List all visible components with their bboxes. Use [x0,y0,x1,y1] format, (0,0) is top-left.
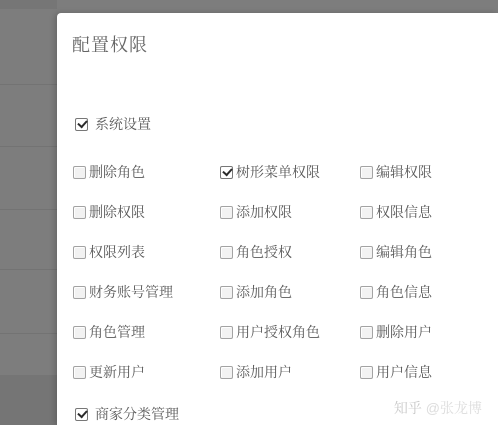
permission-label: 编辑角色 [376,242,432,262]
permission-label: 树形菜单权限 [236,162,320,182]
permission-checkbox[interactable] [360,166,373,179]
permissions-grid: 删除角色树形菜单权限编辑权限删除权限添加权限权限信息权限列表角色授权编辑角色财务… [73,152,490,392]
merchant-category-checkbox[interactable] [75,408,88,421]
permission-label: 用户信息 [376,362,432,382]
permission-item: 添加权限 [220,202,360,222]
permission-label: 权限列表 [89,242,145,262]
permission-checkbox[interactable] [220,286,233,299]
permission-label: 添加权限 [236,202,292,222]
permission-item: 角色授权 [220,242,360,262]
system-settings-row: 系统设置 [75,114,151,134]
permission-item: 财务账号管理 [73,282,220,302]
permission-checkbox[interactable] [73,206,86,219]
permission-item: 删除角色 [73,162,220,182]
watermark: 知乎 @张龙博 [394,398,482,418]
permission-checkbox[interactable] [220,206,233,219]
permission-item: 权限信息 [360,202,490,222]
permission-label: 删除用户 [376,322,432,342]
permission-label: 删除权限 [89,202,145,222]
permission-item: 编辑权限 [360,162,490,182]
watermark-site: 知乎 [394,400,422,416]
background-sidebar-divider [0,269,57,270]
permission-item: 用户信息 [360,362,490,382]
permission-label: 权限信息 [376,202,432,222]
permission-item: 编辑角色 [360,242,490,262]
permission-item: 更新用户 [73,362,220,382]
permission-label: 角色管理 [89,322,145,342]
permission-item: 删除用户 [360,322,490,342]
permission-item: 添加用户 [220,362,360,382]
merchant-category-row: 商家分类管理 [75,404,179,424]
permission-checkbox[interactable] [360,286,373,299]
permission-checkbox[interactable] [73,286,86,299]
permission-checkbox[interactable] [360,366,373,379]
configure-permissions-modal: 配置权限 系统设置 删除角色树形菜单权限编辑权限删除权限添加权限权限信息权限列表… [57,13,498,425]
permission-item: 树形菜单权限 [220,162,360,182]
permission-label: 财务账号管理 [89,282,173,302]
permission-label: 添加角色 [236,282,292,302]
background-sidebar-divider [0,209,57,210]
watermark-author: @张龙博 [426,400,482,416]
permission-checkbox[interactable] [360,206,373,219]
permission-checkbox[interactable] [220,246,233,259]
permission-checkbox[interactable] [360,326,373,339]
permission-checkbox[interactable] [73,166,86,179]
permission-item: 删除权限 [73,202,220,222]
permission-label: 用户授权角色 [236,322,320,342]
permission-label: 角色信息 [376,282,432,302]
permission-label: 编辑权限 [376,162,432,182]
permission-item: 添加角色 [220,282,360,302]
permission-label: 角色授权 [236,242,292,262]
permission-item: 角色管理 [73,322,220,342]
permission-checkbox[interactable] [73,326,86,339]
background-topbar [0,0,57,9]
permission-checkbox[interactable] [220,166,233,179]
system-settings-checkbox[interactable] [75,118,88,131]
permission-checkbox[interactable] [360,246,373,259]
modal-title: 配置权限 [72,33,148,57]
background-sidebar-footer [0,375,57,425]
background-sidebar-divider [0,84,57,85]
system-settings-label: 系统设置 [95,114,151,134]
permission-label: 添加用户 [236,362,292,382]
permission-item: 用户授权角色 [220,322,360,342]
permission-checkbox[interactable] [73,366,86,379]
permission-label: 更新用户 [89,362,145,382]
permission-checkbox[interactable] [220,366,233,379]
background-sidebar-divider [0,333,57,334]
permission-item: 角色信息 [360,282,490,302]
background-sidebar-divider [0,146,57,147]
permission-item: 权限列表 [73,242,220,262]
permission-checkbox[interactable] [220,326,233,339]
merchant-category-label: 商家分类管理 [95,404,179,424]
permission-label: 删除角色 [89,162,145,182]
permission-checkbox[interactable] [73,246,86,259]
